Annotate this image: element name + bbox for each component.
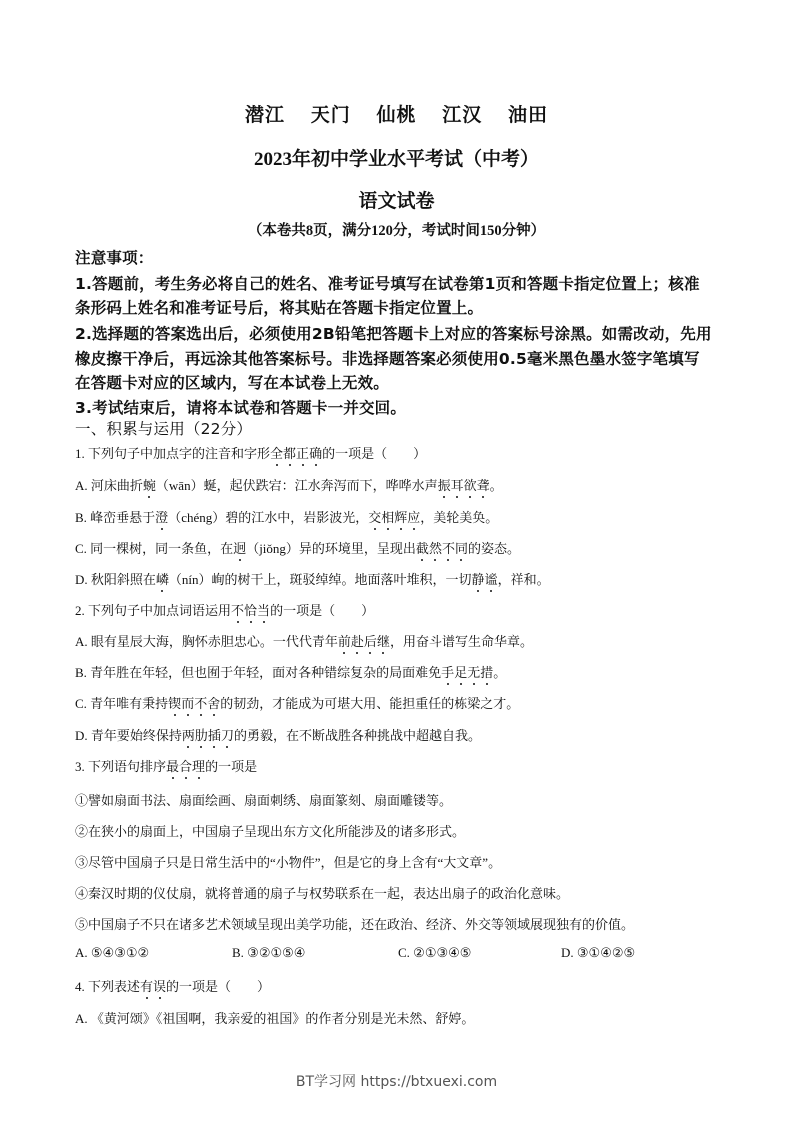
emphasized-char: 不 [194,693,207,712]
text-segment: 的一项是（ ） [322,446,426,461]
emphasized-char: 谧 [485,569,498,588]
text-segment: B. 青年胜在年轻，但也囿于年轻，面对各种错综复杂的局面难免 [75,665,441,680]
emphasized-char: 澄 [155,507,168,526]
option-line: D. 青年要始终保持两肋插刀的勇毅，在不断战胜各种挑战中超越自我。 [75,725,481,744]
option-line: D. 秋阳斜照在嶙（nín）峋的树干上，斑驳绰绰。地面落叶堆积，一切静谧，祥和。 [75,569,550,588]
notice-line: 1.答题前，考生务必将自己的姓名、准考证号填写在试卷第1页和答题卡指定位置上；核… [75,272,700,294]
option-line: A. 眼有星辰大海，胸怀赤胆忠心。一代代青年前赴后继，用奋斗谱写生命华章。 [75,631,533,650]
emphasized-char: 前 [338,631,351,650]
emphasized-char: 交 [368,507,381,526]
option-line: A. 《黄河颂》《祖国啊，我亲爱的祖国》的作者分别是光未然、舒婷。 [75,1008,474,1027]
text-segment: C. 同一棵树，同一条鱼，在 [75,541,233,556]
region: 潜江 [245,105,285,126]
notice-heading: 注意事项： [75,246,154,268]
emphasized-char: 辉 [394,507,407,526]
emphasized-char: 舍 [207,693,220,712]
emphasized-char: 耳 [451,475,464,494]
emphasized-char: 应 [407,507,420,526]
text-segment: A. 眼有星辰大海，胸怀赤胆忠心。一代代青年 [75,634,338,649]
option-line: B. 青年胜在年轻，但也囿于年轻，面对各种错综复杂的局面难免手足无措。 [75,662,506,681]
region: 天门 [311,105,351,126]
option-line: C. 青年唯有秉持锲而不舍的韧劲，才能成为可堪大用、能担重任的栋梁之才。 [75,693,519,712]
text-segment: 1. 下列句子中加点字的注音和字形 [75,446,270,461]
text-segment: C. 青年唯有秉持 [75,696,168,711]
notice-line: 条形码上姓名和准考证号后，将其贴在答题卡指定位置上。 [75,296,483,318]
emphasized-char: 有 [140,976,153,995]
text-segment: （jiǒng）异的环境里，呈现出 [246,541,416,556]
emphasized-char: 误 [153,976,166,995]
sentence-line: ④秦汉时期的仪仗扇，就将普通的扇子与权势联系在一起，表达出扇子的政治化意味。 [75,883,569,902]
notice-line: 2.选择题的答案选出后，必须使用2B铅笔把答题卡上对应的答案标号涂黑。如需改动，… [75,322,712,344]
emphasized-char: 全 [270,443,283,462]
emphasized-char: 迥 [233,538,246,557]
text-segment: 。 [490,478,503,493]
emphasized-char: 后 [364,631,377,650]
exam-info: （本卷共8页，满分120分，考试时间150分钟） [0,219,793,240]
choice-d: D. ③①④②⑤ [561,945,635,961]
emphasized-char: 都 [283,443,296,462]
text-segment: （nín）峋的树干上，斑驳绰绰。地面落叶堆积，一切 [169,572,472,587]
emphasized-char: 振 [438,475,451,494]
text-segment: 的韧劲，才能成为可堪大用、能担重任的栋梁之才。 [220,696,519,711]
emphasized-char: 嶙 [156,569,169,588]
emphasized-char: 相 [381,507,394,526]
question-stem: 3. 下列语句排序最合理的一项是 [75,756,257,775]
text-segment: 的姿态。 [468,541,520,556]
emphasized-char: 理 [192,756,205,775]
option-line: C. 同一棵树，同一条鱼，在迥（jiǒng）异的环境里，呈现出截然不同的姿态。 [75,538,520,557]
text-segment: 。 [493,665,506,680]
emphasized-char: 正 [296,443,309,462]
emphasized-char: 然 [429,538,442,557]
exam-page: 潜江 天门 仙桃 江汉 油田 2023年初中学业水平考试（中考） 语文试卷 （本… [0,0,793,1122]
emphasized-char: 最 [166,756,179,775]
region: 江汉 [442,105,482,126]
text-segment: ，美轮美奂。 [420,510,498,525]
emphasized-char: 刀 [221,725,234,744]
region: 仙桃 [376,105,416,126]
text-segment: D. 青年要始终保持 [75,728,182,743]
emphasized-char: 赴 [351,631,364,650]
section-title: 一、积累与运用（22分） [75,417,252,439]
text-segment: （chéng）碧的江水中，岩影波光， [168,510,368,525]
notice-line: 在答题卡对应的区域内，写在本试卷上无效。 [75,371,389,393]
text-segment: （wān）蜒，起伏跌宕：江水奔泻而下，哗哗水声 [156,478,438,493]
question-stem: 1. 下列句子中加点字的注音和字形全都正确的一项是（ ） [75,443,426,462]
text-segment: 的勇毅，在不断战胜各种挑战中超越自我。 [234,728,481,743]
text-segment: 3. 下列语句排序 [75,759,166,774]
sentence-line: ②在狭小的扇面上，中国扇子呈现出东方文化所能涉及的诸多形式。 [75,821,465,840]
emphasized-char: 手 [441,662,454,681]
text-segment: B. 峰峦垂悬于 [75,510,155,525]
text-segment: 的一项是 [205,759,257,774]
emphasized-char: 确 [309,443,322,462]
emphasized-char: 恰 [244,600,257,619]
question-stem: 4. 下列表述有误的一项是（ ） [75,976,270,995]
emphasized-char: 无 [467,662,480,681]
text-segment: 的一项是（ ） [166,979,270,994]
text-segment: ，祥和。 [498,572,550,587]
emphasized-char: 不 [442,538,455,557]
option-line: B. 峰峦垂悬于澄（chéng）碧的江水中，岩影波光，交相辉应，美轮美奂。 [75,507,498,526]
emphasized-char: 欲 [464,475,477,494]
emphasized-char: 蜿 [143,475,156,494]
notice-line: 3.考试结束后，请将本试卷和答题卡一并交回。 [75,396,406,418]
text-segment: 4. 下列表述 [75,979,140,994]
emphasized-char: 合 [179,756,192,775]
text-segment: A. 《黄河颂》《祖国啊，我亲爱的祖国》的作者分别是光未然、舒婷。 [75,1011,474,1026]
subject-title: 语文试卷 [0,186,793,213]
text-segment: 2. 下列句子中加点词语运用 [75,603,231,618]
text-segment: ，用奋斗谱写生命华章。 [390,634,533,649]
emphasized-char: 静 [472,569,485,588]
notice-line: 橡皮擦干净后，再远涂其他答案标号。非选择题答案必须使用0.5毫米黑色墨水签字笔填… [75,347,700,369]
emphasized-char: 肋 [195,725,208,744]
emphasized-char: 同 [455,538,468,557]
sentence-line: ①譬如扇面书法、扇面绘画、扇面刺绣、扇面篆刻、扇面雕镂等。 [75,790,452,809]
exam-title: 2023年初中学业水平考试（中考） [0,144,793,171]
sentence-line: ③尽管中国扇子只是日常生活中的“小物件”，但是它的身上含有“大文章”。 [75,852,501,871]
regions-title: 潜江 天门 仙桃 江汉 油田 [0,100,793,127]
choice-b: B. ③②①⑤④ [232,945,305,961]
question-stem: 2. 下列句子中加点词语运用不恰当的一项是（ ） [75,600,374,619]
choice-a: A. ⑤④③①② [75,945,149,961]
emphasized-char: 聋 [477,475,490,494]
emphasized-char: 而 [181,693,194,712]
emphasized-char: 继 [377,631,390,650]
emphasized-char: 当 [257,600,270,619]
emphasized-char: 足 [454,662,467,681]
text-segment: 的一项是（ ） [270,603,374,618]
text-segment: A. 河床曲折 [75,478,143,493]
option-line: A. 河床曲折蜿（wān）蜒，起伏跌宕：江水奔泻而下，哗哗水声振耳欲聋。 [75,475,503,494]
emphasized-char: 截 [416,538,429,557]
sentence-line: ⑤中国扇子不只在诸多艺术领域呈现出美学功能，还在政治、经济、外交等领域展现独有的… [75,914,634,933]
region: 油田 [508,105,548,126]
watermark-footer: BT学习网 https://btxuexi.com [0,1071,793,1091]
emphasized-char: 锲 [168,693,181,712]
emphasized-char: 插 [208,725,221,744]
text-segment: D. 秋阳斜照在 [75,572,156,587]
emphasized-char: 两 [182,725,195,744]
emphasized-char: 措 [480,662,493,681]
emphasized-char: 不 [231,600,244,619]
choice-c: C. ②①③④⑤ [398,945,471,961]
